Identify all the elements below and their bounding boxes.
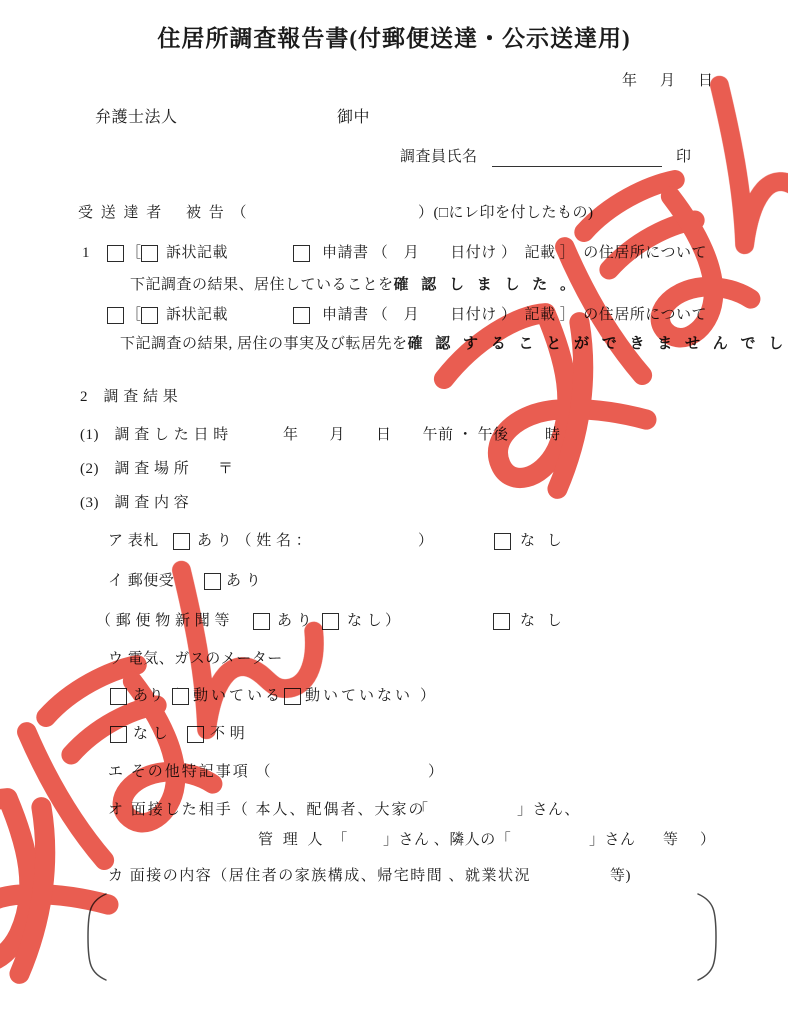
survey-datetime-value: 年 月 日 午前 ・ 午後 xyxy=(283,425,509,447)
investigator-name-label: 調査員氏名 xyxy=(400,147,478,169)
mailitems-paren-close: ） xyxy=(385,611,401,633)
meter-notmoving-label: 動いていない xyxy=(305,686,413,708)
seal-label: 印 xyxy=(676,147,692,169)
mailitems-open-label: （ 郵 便 物 新 聞 等 xyxy=(96,611,230,633)
interview-content-etc-close: 等) xyxy=(610,866,631,888)
checkbox-meter-unknown[interactable] xyxy=(187,726,204,743)
checkbox-meter-no[interactable] xyxy=(110,726,127,743)
checkbox-complaint-2[interactable] xyxy=(141,307,158,324)
checkbox-option2[interactable] xyxy=(107,307,124,324)
bracket-open-2: ［ xyxy=(126,305,142,327)
result-confirmed-normal: 下記調査の結果、居住していることを xyxy=(130,277,394,293)
interview-notes-box[interactable] xyxy=(82,891,722,983)
mailitems-no-label: な し xyxy=(347,611,382,633)
bracket-open: ［ xyxy=(126,243,142,265)
section2-heading: 2 調 査 結 果 xyxy=(80,387,178,409)
meter-unknown-label: 不 明 xyxy=(210,724,245,746)
othernotes-paren-close: ） xyxy=(428,762,444,784)
survey-place-label: (2) 調 査 場 所 xyxy=(80,459,189,481)
date-line: 年 月 日 xyxy=(622,71,717,93)
checkbox-meter-moving[interactable] xyxy=(172,688,189,705)
mailbox-label: イ 郵便受 xyxy=(108,571,174,593)
nameplate-label: ア 表札 xyxy=(108,531,159,553)
notes-box-left-paren xyxy=(88,894,106,980)
checkbox-meter-notmoving[interactable] xyxy=(284,688,301,705)
notes-box-right-paren xyxy=(698,894,716,980)
survey-content-label: (3) 調 査 内 容 xyxy=(80,493,189,515)
result-notconfirmed-bold: 確 認 す る こ と が で き ま せ ん で し た 。 xyxy=(408,336,788,352)
meter-paren-close: ） xyxy=(420,686,436,708)
checkbox-mailitems-no[interactable] xyxy=(322,613,339,630)
manager-label: 管 理 人 「 xyxy=(258,830,350,852)
checkbox-mailbox-no[interactable] xyxy=(493,613,510,630)
checkbox-application-1[interactable] xyxy=(293,245,310,262)
othernotes-label: エ その他特記事項 （ xyxy=(108,762,273,784)
recipient-note: ）(□にレ印を付したもの) xyxy=(418,203,594,225)
meter-moving-label: 動いている xyxy=(193,686,283,708)
checkbox-nameplate-yes[interactable] xyxy=(173,533,190,550)
checkbox-meter-yes[interactable] xyxy=(110,688,127,705)
result-confirmed-line: 下記調査の結果、居住していることを確 認 し ま し た 。 xyxy=(130,275,580,297)
etc-label: 等 xyxy=(663,830,679,852)
law-firm-label: 弁護士法人 xyxy=(95,106,178,129)
result-confirmed-bold: 確 認 し ま し た 。 xyxy=(394,277,580,293)
honorific-label: 御中 xyxy=(337,106,370,129)
application-tail-1: 申請書 （ 月 日付け ） 記載 ］ の住居所について xyxy=(322,243,707,265)
report-form-page: 住居所調査報告書(付郵便送達・公示送達用) 年 月 日 弁護士法人 御中 調査員… xyxy=(0,0,788,1024)
page-title: 住居所調査報告書(付郵便送達・公示送達用) xyxy=(0,22,788,55)
checkbox-application-2[interactable] xyxy=(293,307,310,324)
result-notconfirmed-normal: 下記調査の結果, 居住の事実及び転居先を xyxy=(120,336,408,352)
interviewee-line1: オ 面接した相手（ 本人、配偶者、大家の xyxy=(108,800,426,822)
mailitems-yes-label: あ り xyxy=(277,611,312,633)
checkbox-complaint-1[interactable] xyxy=(141,245,158,262)
complaint-label-2: 訴状記載 xyxy=(166,305,228,327)
result-notconfirmed-line: 下記調査の結果, 居住の事実及び転居先を確 認 す る こ と が で き ま … xyxy=(120,334,788,356)
checkbox-option1[interactable] xyxy=(107,245,124,262)
application-tail-2: 申請書 （ 月 日付け ） 記載 ］ の住居所について xyxy=(322,305,707,327)
investigator-name-line[interactable] xyxy=(492,147,662,167)
nameplate-yes-label: あ り （ 姓 名 ： xyxy=(197,531,311,553)
survey-datetime-label: (1) 調 査 し た 日 時 xyxy=(80,425,229,447)
interviewee-paren-close: ） xyxy=(700,830,716,852)
meter-no-label: な し xyxy=(133,724,168,746)
complaint-label-1: 訴状記載 xyxy=(166,243,228,265)
checkbox-mailbox-yes[interactable] xyxy=(204,573,221,590)
recipient-label: 受 送 達 者 被 告 （ xyxy=(78,203,249,225)
neighbor-quote-close: 」さん xyxy=(589,830,636,852)
interview-content-label: カ 面接の内容（居住者の家族構成、帰宅時間 、就業状況 xyxy=(108,866,531,888)
mailbox-no-label: な し xyxy=(520,611,566,633)
manager-neighbor-label: 」さん 、隣人の「 xyxy=(383,830,511,852)
nameplate-paren-close: ） xyxy=(418,531,434,553)
checkbox-mailitems-yes[interactable] xyxy=(253,613,270,630)
postal-mark: 〒 xyxy=(218,459,234,481)
mailbox-yes-label: あ り xyxy=(226,571,261,593)
meter-label: ウ 電気、ガスのメーター xyxy=(108,649,283,671)
survey-hour-label: 時 xyxy=(545,425,561,447)
nameplate-no-label: な し xyxy=(520,531,566,553)
checkbox-nameplate-no[interactable] xyxy=(494,533,511,550)
interviewee-quote1-close: 」さん、 xyxy=(517,800,580,822)
interviewee-quote1-open: 「 xyxy=(413,800,429,822)
section1-number: 1 xyxy=(82,243,90,265)
